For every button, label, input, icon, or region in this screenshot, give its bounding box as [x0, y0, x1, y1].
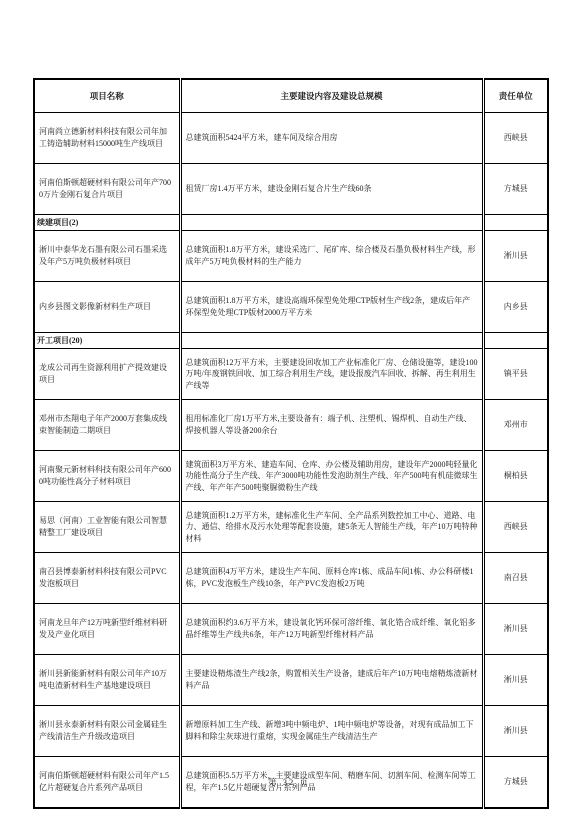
- empty-cell: [180, 215, 483, 231]
- empty-cell: [483, 215, 548, 231]
- section-label-cell: 续建项目(2): [34, 215, 180, 231]
- project-name-cell: 内乡县图文影像新材料生产项目: [34, 282, 180, 333]
- section-label-cell: 开工项目(20): [34, 333, 180, 349]
- project-content-cell: 新增原料加工生产线、新增3吨中频电炉、1吨中频电炉等设备，对现有成品加工下脚料和…: [180, 706, 483, 757]
- table-row: 河南伯斯顿超硬材料有限公司年产7000万片金刚石复合片项目 租赁厂房1.4万平方…: [34, 164, 548, 215]
- table-body: 河南尚立德新材料科技有限公司年加工铸造辅助材料15000吨生产线项目 总建筑面积…: [34, 113, 548, 809]
- project-name-cell: 淅川县新能新材料有限公司年产10万吨电渣新材料生产基地建设项目: [34, 655, 180, 706]
- responsible-unit-cell: 淅川县: [483, 231, 548, 282]
- table-row: 易思（河南）工业智能有限公司智慧精整工厂建设项目 总建筑面积1.2万平方米，建标…: [34, 502, 548, 553]
- header-construction-content: 主要建设内容及建设总规模: [180, 79, 483, 113]
- table-header-row: 项目名称 主要建设内容及建设总规模 责任单位: [34, 79, 548, 113]
- project-name-cell: 河南聚元新材料科技有限公司年产6000吨功能性高分子材料项目: [34, 451, 180, 502]
- responsible-unit-cell: 桐柏县: [483, 451, 548, 502]
- section-header-row: 开工项目(20): [34, 333, 548, 349]
- project-content-cell: 总建筑面积12万平方米，主要建设回收加工产业标准化厂房、仓储设施等，建设100万…: [180, 349, 483, 400]
- empty-cell: [180, 333, 483, 349]
- table-row: 河南尚立德新材料科技有限公司年加工铸造辅助材料15000吨生产线项目 总建筑面积…: [34, 113, 548, 164]
- project-name-cell: 南召县博泰新材料科技有限公司PVC发泡板项目: [34, 553, 180, 604]
- table-row: 邓州市杰翔电子年产2000万套集成线束智能制造二期项目 租用标准化厂房1万平方米…: [34, 400, 548, 451]
- table-row: 内乡县图文影像新材料生产项目 总建筑面积1.8万平方米，建设高端环保型免处理CT…: [34, 282, 548, 333]
- responsible-unit-cell: 邓州市: [483, 400, 548, 451]
- project-name-cell: 邓州市杰翔电子年产2000万套集成线束智能制造二期项目: [34, 400, 180, 451]
- table-row: 南召县博泰新材料科技有限公司PVC发泡板项目 总建筑面积4万平方米，建设生产车间…: [34, 553, 548, 604]
- responsible-unit-cell: 淅川县: [483, 604, 548, 655]
- page-number: 第 32 页: [0, 776, 578, 788]
- responsible-unit-cell: 淅川县: [483, 706, 548, 757]
- document-page: 项目名称 主要建设内容及建设总规模 责任单位 河南尚立德新材料科技有限公司年加工…: [0, 0, 578, 818]
- project-name-cell: 河南伯斯顿超硬材料有限公司年产7000万片金刚石复合片项目: [34, 164, 180, 215]
- project-content-cell: 主要建设精炼渣生产线2条，购置相关生产设备，建成后年产10万吨电熔精炼渣新材料产…: [180, 655, 483, 706]
- project-name-cell: 易思（河南）工业智能有限公司智慧精整工厂建设项目: [34, 502, 180, 553]
- table-row: 河南龙旦年产12万吨新型纤维材料研发及产业化项目 总建筑面积约3.6万平方米，建…: [34, 604, 548, 655]
- project-name-cell: 淅川县永泰新材料有限公司金属硅生产线清洁生产升级改造项目: [34, 706, 180, 757]
- table-row: 龙成公司再生资源利用扩产提效建设项目 总建筑面积12万平方米，主要建设回收加工产…: [34, 349, 548, 400]
- project-content-cell: 总建筑面积约3.6万平方米，建设氧化钙环保可溶纤维、氧化锆合成纤维、氧化铝多晶纤…: [180, 604, 483, 655]
- project-content-cell: 总建筑面积1.8万平方米，建设采选厂、尾矿库、综合楼及石墨负极材料生产线，形成年…: [180, 231, 483, 282]
- project-content-cell: 总建筑面积4万平方米，建设生产车间、原料仓库1栋、成品车间1栋、办公科研楼1栋，…: [180, 553, 483, 604]
- empty-cell: [483, 333, 548, 349]
- table-row: 淅川县永泰新材料有限公司金属硅生产线清洁生产升级改造项目 新增原料加工生产线、新…: [34, 706, 548, 757]
- responsible-unit-cell: 西峡县: [483, 113, 548, 164]
- header-project-name: 项目名称: [34, 79, 180, 113]
- project-name-cell: 龙成公司再生资源利用扩产提效建设项目: [34, 349, 180, 400]
- project-content-cell: 租赁厂房1.4万平方米，建设金刚石复合片生产线60条: [180, 164, 483, 215]
- responsible-unit-cell: 南召县: [483, 553, 548, 604]
- responsible-unit-cell: 镇平县: [483, 349, 548, 400]
- responsible-unit-cell: 淅川县: [483, 655, 548, 706]
- project-content-cell: 总建筑面积1.8万平方米，建设高端环保型免处理CTP版材生产线2条，建成后年产环…: [180, 282, 483, 333]
- project-content-cell: 建筑面积3万平方米、建造车间、仓库、办公楼及辅助用房，建设年产2000吨轻量化功…: [180, 451, 483, 502]
- project-name-cell: 河南尚立德新材料科技有限公司年加工铸造辅助材料15000吨生产线项目: [34, 113, 180, 164]
- responsible-unit-cell: 西峡县: [483, 502, 548, 553]
- header-responsible-unit: 责任单位: [483, 79, 548, 113]
- project-name-cell: 淅川中泰华龙石墨有限公司石墨采选及年产5万吨负极材料项目: [34, 231, 180, 282]
- responsible-unit-cell: 内乡县: [483, 282, 548, 333]
- responsible-unit-cell: 方城县: [483, 164, 548, 215]
- section-header-row: 续建项目(2): [34, 215, 548, 231]
- project-table: 项目名称 主要建设内容及建设总规模 责任单位 河南尚立德新材料科技有限公司年加工…: [33, 78, 549, 809]
- project-name-cell: 河南龙旦年产12万吨新型纤维材料研发及产业化项目: [34, 604, 180, 655]
- table-row: 淅川中泰华龙石墨有限公司石墨采选及年产5万吨负极材料项目 总建筑面积1.8万平方…: [34, 231, 548, 282]
- table-row: 河南聚元新材料科技有限公司年产6000吨功能性高分子材料项目 建筑面积3万平方米…: [34, 451, 548, 502]
- project-content-cell: 租用标准化厂房1万平方米,主要设备有：端子机、注塑机、锡焊机、自动生产线、焊接机…: [180, 400, 483, 451]
- project-content-cell: 总建筑面积1.2万平方米，建标准化生产车间、全产品系列数控加工中心、道路、电力、…: [180, 502, 483, 553]
- project-content-cell: 总建筑面积5424平方米，建车间及综合用房: [180, 113, 483, 164]
- table-row: 淅川县新能新材料有限公司年产10万吨电渣新材料生产基地建设项目 主要建设精炼渣生…: [34, 655, 548, 706]
